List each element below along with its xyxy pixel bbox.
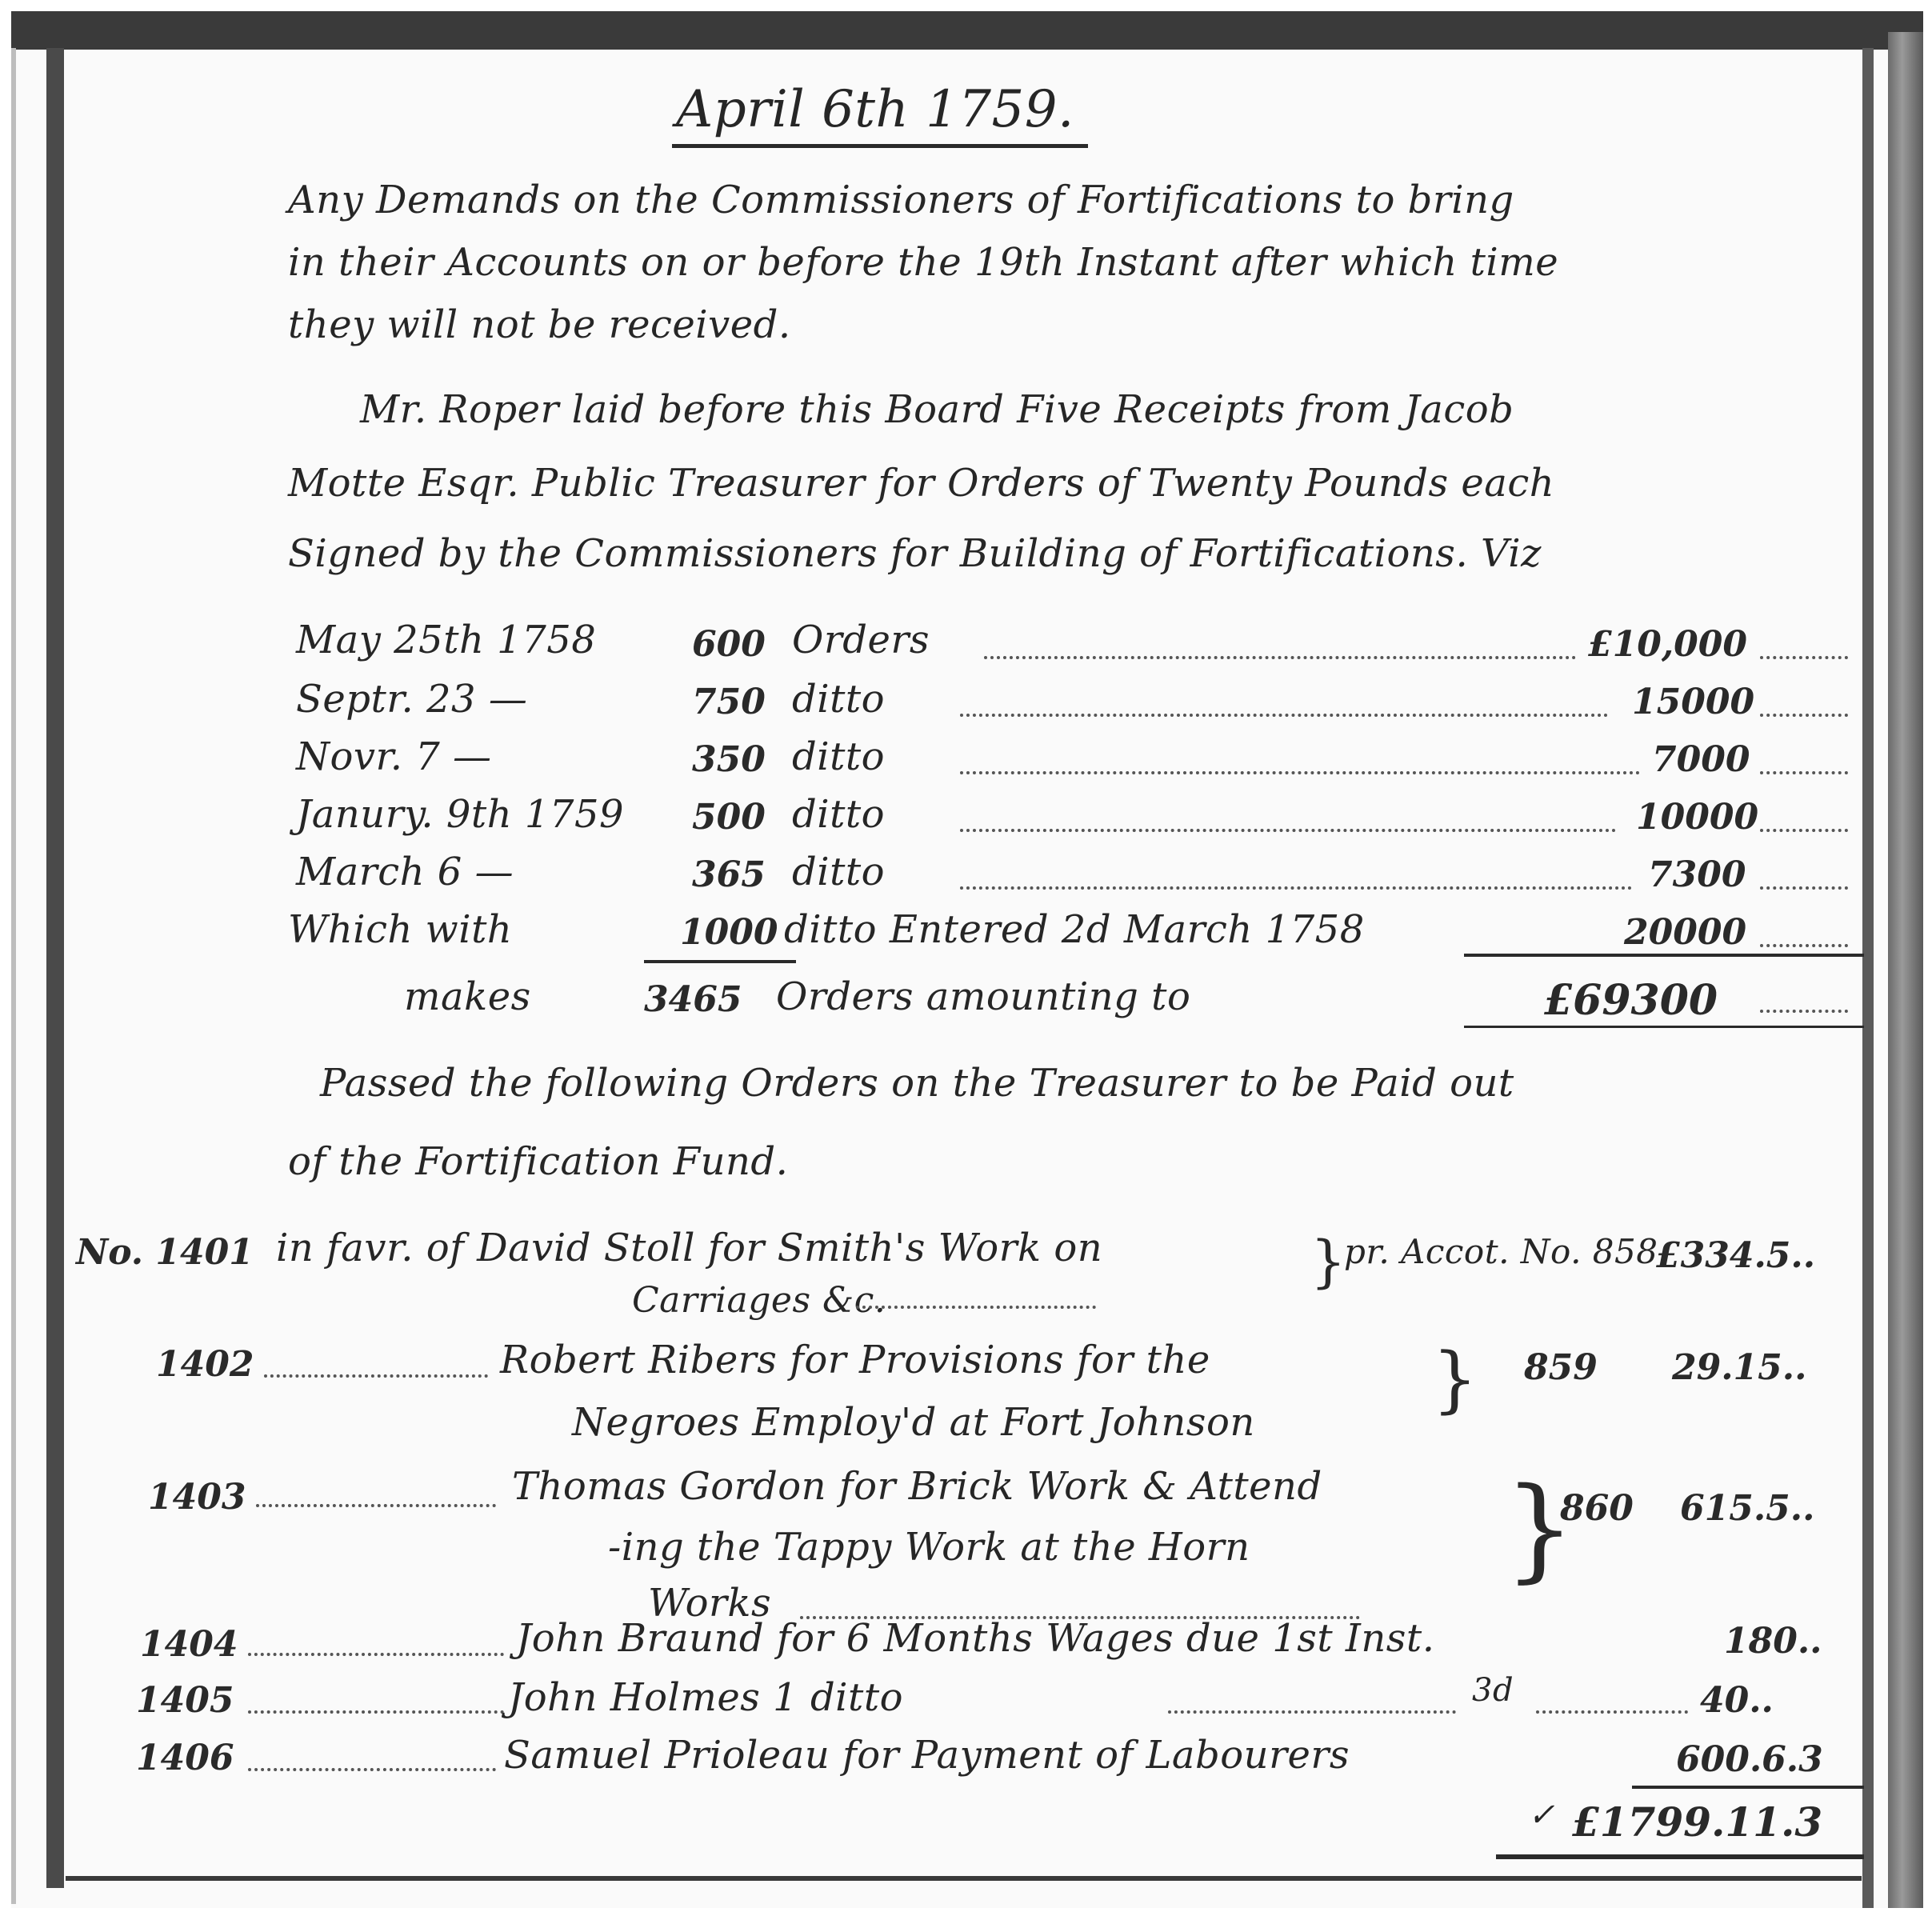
total-amount: £69300	[1544, 976, 1718, 1025]
order-amount: 615.5..	[1680, 1488, 1814, 1529]
orders-total-rule	[1496, 1854, 1864, 1859]
receipt-amount: 7300	[1648, 854, 1746, 895]
page-left-edge	[11, 48, 16, 1904]
receipt-amount: 10000	[1636, 797, 1758, 838]
order-payee: Thomas Gordon for Brick Work & Attend	[512, 1464, 1322, 1509]
order-number: 1404	[140, 1624, 238, 1665]
order-number: 1403	[148, 1477, 246, 1518]
dot-leader	[960, 771, 1640, 774]
total-count: 3465	[644, 979, 742, 1020]
order-payee: Samuel Prioleau for Payment of Labourers	[504, 1733, 1350, 1778]
receipt-unit: ditto	[792, 792, 885, 837]
receipt-count: 350	[692, 739, 766, 780]
order-amount: 29.15..	[1672, 1347, 1806, 1388]
receipts-line: Mr. Roper laid before this Board Five Re…	[360, 387, 1514, 432]
check-mark: ✓	[1528, 1797, 1555, 1834]
order-number: 1406	[136, 1738, 234, 1778]
dot-leader	[960, 714, 1608, 717]
receipt-count: 500	[692, 797, 766, 838]
brace: }	[1310, 1229, 1346, 1294]
dot-leader	[1760, 944, 1848, 947]
dot-leader	[248, 1653, 504, 1656]
dot-leader	[1760, 656, 1848, 659]
dot-leader	[248, 1710, 504, 1714]
receipt-date: May 25th 1758	[296, 618, 596, 662]
bottom-rule	[66, 1876, 1862, 1881]
receipt-count: 1000	[680, 912, 778, 953]
notice-line: Any Demands on the Commissioners of Fort…	[288, 178, 1514, 222]
order-payee: in favr. of David Stoll for Smith's Work…	[276, 1226, 1102, 1270]
receipt-date: Which with	[288, 907, 512, 952]
order-account: 860	[1560, 1488, 1634, 1529]
orders-line: of the Fortification Fund.	[288, 1139, 788, 1184]
receipt-unit: Orders	[792, 618, 930, 662]
right-margin-rule	[1862, 48, 1874, 1912]
dot-leader	[256, 1504, 496, 1507]
total-label: makes	[404, 974, 531, 1019]
order-number: 1405	[136, 1680, 234, 1721]
receipt-date: Janury. 9th 1759	[296, 792, 624, 837]
receipt-amount: 7000	[1652, 739, 1750, 780]
order-amount: £334.5..	[1656, 1235, 1815, 1276]
receipt-count: 365	[692, 854, 766, 895]
receipt-amount: 15000	[1632, 682, 1754, 722]
dot-leader	[248, 1768, 496, 1771]
notice-line: they will not be received.	[288, 302, 791, 347]
order-account: 3d	[1472, 1672, 1514, 1709]
order-payee: John Holmes 1 ditto	[508, 1675, 903, 1720]
receipt-count: 750	[692, 682, 766, 722]
dot-leader	[1760, 886, 1848, 890]
receipt-date: Septr. 23 —	[296, 677, 527, 722]
notice-line: in their Accounts on or before the 19th …	[288, 240, 1558, 285]
left-margin-rule	[46, 48, 64, 1888]
amount-total-rule	[1464, 1026, 1864, 1028]
order-payee-cont: Carriages &c.	[632, 1280, 886, 1321]
receipt-count: 600	[692, 624, 766, 665]
order-account: 859	[1524, 1347, 1598, 1388]
order-number: No. 1401	[76, 1232, 254, 1273]
dot-leader	[1536, 1710, 1688, 1714]
receipts-line: Signed by the Commissioners for Building…	[288, 531, 1542, 576]
page-bottom-margin	[11, 1908, 1923, 1920]
orders-sum-rule	[1632, 1786, 1864, 1789]
order-amount: 600.6.3	[1676, 1739, 1823, 1780]
binding-gutter	[1888, 32, 1923, 1912]
order-payee: Robert Ribers for Provisions for the	[500, 1338, 1210, 1382]
orders-total-amount: £1799.11.3	[1572, 1798, 1822, 1846]
receipt-unit: ditto	[792, 734, 885, 779]
brace: }	[1432, 1338, 1478, 1422]
order-amount: 180..	[1724, 1621, 1822, 1662]
order-payee-cont: Negroes Employ'd at Fort Johnson	[572, 1400, 1255, 1445]
order-payee: John Braund for 6 Months Wages due 1st I…	[516, 1616, 1434, 1661]
receipt-unit: ditto Entered 2d March 1758	[784, 907, 1365, 952]
dot-leader	[960, 829, 1616, 832]
brace: }	[1504, 1464, 1575, 1594]
dot-leader	[960, 886, 1632, 890]
dot-leader	[1760, 771, 1848, 774]
dot-leader	[1760, 1010, 1848, 1013]
order-account: pr. Accot. No. 858	[1344, 1232, 1658, 1271]
dot-leader	[1168, 1710, 1456, 1714]
receipt-date: Novr. 7 —	[296, 734, 492, 779]
receipt-date: March 6 —	[296, 850, 514, 894]
order-amount: 40..	[1700, 1680, 1774, 1721]
dot-leader	[1760, 714, 1848, 717]
receipt-unit: ditto	[792, 850, 885, 894]
dot-leader	[1760, 829, 1848, 832]
page-top-shadow	[11, 11, 1923, 50]
amount-sum-rule	[1464, 954, 1864, 957]
dot-leader	[264, 1374, 488, 1378]
receipt-amount: 20000	[1624, 912, 1746, 953]
total-text: Orders amounting to	[776, 974, 1190, 1019]
receipts-line: Motte Esqr. Public Treasurer for Orders …	[288, 461, 1554, 506]
dot-leader	[856, 1306, 1096, 1309]
heading-underline	[672, 144, 1088, 148]
dot-leader	[984, 656, 1576, 659]
receipt-amount: £10,000	[1588, 624, 1747, 665]
page-heading: April 6th 1759.	[676, 80, 1074, 139]
orders-line: Passed the following Orders on the Treas…	[320, 1061, 1514, 1106]
receipt-unit: ditto	[792, 677, 885, 722]
count-sum-rule	[644, 960, 796, 963]
order-number: 1402	[156, 1344, 254, 1385]
order-payee-cont: -ing the Tappy Work at the Horn	[608, 1525, 1250, 1570]
